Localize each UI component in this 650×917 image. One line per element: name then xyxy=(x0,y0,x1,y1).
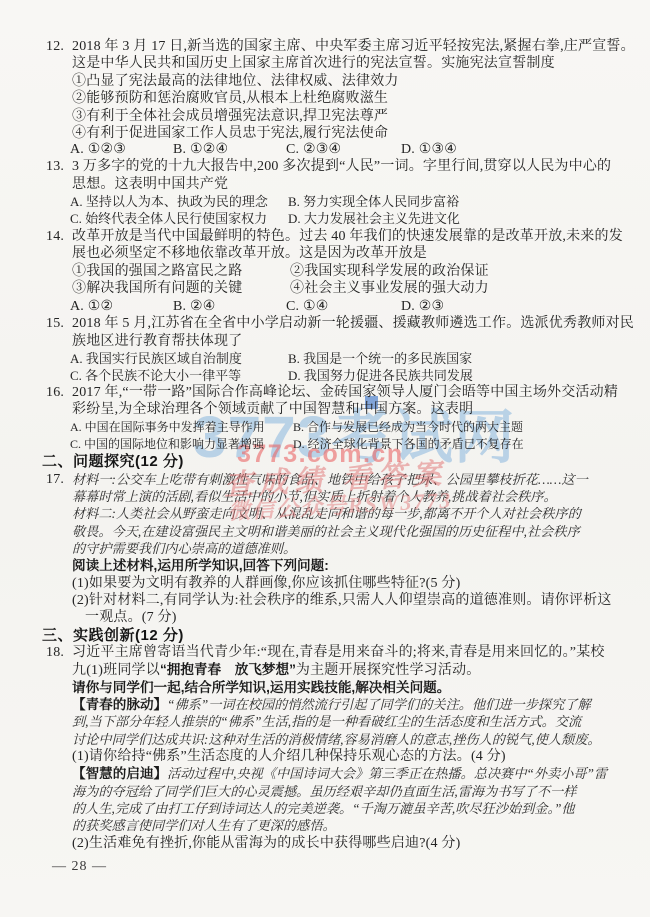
text-segment: 习近平主席曾寄语当代青少年:“现在,青春是用来奋斗的;将来,青春是用来回忆的。”… xyxy=(72,645,605,660)
question-18-line: 九(1)班同学以“拥抱青春 放飞梦想”为主题开展探究性学习活动。 xyxy=(72,661,480,679)
question-16-line: 彩纷呈,为全球治理各个领域贡献了中国智慧和中国方案。这表明 xyxy=(72,401,473,418)
text-segment: “佛系”一词在校园的悄然流行引起了同学们的关注。他们进一步探究了解 xyxy=(167,697,590,712)
text-segment: 这是中华人民共和国历史上国家主席首次进行的宪法宣誓。实施宪法宣誓制度 xyxy=(72,56,555,71)
question-14-line: 14.改革开放是当代中国最鲜明的特色。过去 40 年我们的快速发展靠的是改革开放… xyxy=(72,228,623,245)
question-17-sub2: (2)针对材料二,有同学认为:社会秩序的维系,只需人人仰望崇高的道德准则。请你评… xyxy=(72,592,612,609)
question-number: 12. xyxy=(46,38,64,55)
text-segment: A. 我国实行民族区域自治制度 xyxy=(70,351,242,366)
question-15-options: C. 各个民族不论大小一律平等D. 我国努力促进各民族共同发展 xyxy=(70,367,241,385)
text-segment: 为主题开展探究性学习活动。 xyxy=(296,663,481,678)
question-12-item: ①凸显了宪法最高的法律地位、法律权威、法律效力 xyxy=(72,73,399,90)
text-segment: 敬畏。今天,在建设富强民主文明和谐美丽的社会主义现代化强国的历史征程中,社会秩序 xyxy=(72,524,580,539)
question-17-material: 17.材料一:公交车上吃带有刺激性气味的食品、地铁中给孩子把尿、公园里攀枝折花…… xyxy=(72,471,588,489)
question-14-options: A. ①②B. ②④C. ①④D. ②③ xyxy=(70,298,113,315)
text-segment: 阅读上述材料,运用所学知识,回答下列问题: xyxy=(72,558,329,573)
text-segment: ②能够预防和惩治腐败官员,从根本上杜绝腐败滋生 xyxy=(72,91,388,106)
question-12-options: A. ①②③B. ①②④C. ②③④D. ①③④ xyxy=(70,141,126,158)
question-18-material: 的获奖感言使同学们对人生有了更深的感悟。 xyxy=(72,817,336,835)
text-segment: (1)请你给持“佛系”生活态度的人介绍几种保持乐观心态的方法。(4 分) xyxy=(72,749,506,764)
text-segment: ③解决我国所有问题的关键 xyxy=(72,281,242,296)
question-number: 13. xyxy=(46,158,64,175)
text-segment: C. 中国的国际地位和影响力显著增强 xyxy=(70,437,264,451)
text-segment: 活动过程中,央视《中国诗词大会》第三季正在热播。总决赛中“外卖小哥”雷 xyxy=(167,766,607,781)
text-segment: A. ①② xyxy=(70,299,113,314)
question-15-line: 族地区进行教育帮扶体现了 xyxy=(72,333,242,350)
question-15-line: 15.2018 年 5 月,江苏省在全省中小学启动新一轮援疆、援藏教师遴选工作。… xyxy=(72,315,634,332)
question-17-sub1: (1)如果要为文明有教养的人群画像,你应该抓住哪些特征?(5 分) xyxy=(72,575,460,592)
question-15-options: A. 我国实行民族区域自治制度B. 我国是一个统一的多民族国家 xyxy=(70,350,242,368)
question-14-line: 展也必须坚定不移地依靠改革开放。这是因为改革开放是 xyxy=(72,245,427,262)
question-18-sub2: (2)生活难免有挫折,你能从雷海为的成长中获得哪些启迪?(4 分) xyxy=(72,835,460,852)
question-number: 15. xyxy=(46,315,64,332)
question-12-line: 这是中华人民共和国历史上国家主席首次进行的宪法宣誓。实施宪法宣誓制度 xyxy=(72,55,555,72)
text-segment: 材料二:人类社会从野蛮走向文明、从混乱走向和谐的每一步,都离不开个人对社会秩序的 xyxy=(72,506,581,521)
text-segment: ④社会主义事业发展的强大动力 xyxy=(290,280,489,297)
question-16-line: 16.2017 年,“一带一路”国际合作高峰论坛、金砖国家领导人厦门会晤等中国主… xyxy=(72,384,618,401)
question-17-material: 的守护需要我们内心崇高的道德准则。 xyxy=(72,540,296,558)
question-18-material: 到,当下部分年轻人推崇的“佛系”生活,指的是一种看破红尘的生活态度和生活方式。交… xyxy=(72,713,581,731)
section-heading-3: 三、实践创新(12 分) xyxy=(42,627,184,645)
question-17-instruction: 阅读上述材料,运用所学知识,回答下列问题: xyxy=(72,557,329,575)
question-16-options: A. 中国在国际事务中发挥着主导作用B. 合作与发展已经成为当今时代的两大主题 xyxy=(70,419,265,436)
text-segment: 【青春的脉动】 xyxy=(72,697,167,712)
page-number: — 28 — xyxy=(52,859,107,875)
text-segment: 思想。这表明中国共产党 xyxy=(72,177,228,192)
text-segment: 的守护需要我们内心崇高的道德准则。 xyxy=(72,541,296,556)
text-segment: A. 中国在国际事务中发挥着主导作用 xyxy=(70,420,265,434)
question-13-options: A. 坚持以人为本、执政为民的理念B. 努力实现全体人民同步富裕 xyxy=(70,193,268,211)
exam-page-scan: { "page": { "width": 650, "height": 917,… xyxy=(0,0,650,917)
text-segment: 2018 年 3 月 17 日,新当选的国家主席、中央军委主席习近平轻按宪法,紧… xyxy=(72,39,635,54)
text-segment: C. 各个民族不论大小一律平等 xyxy=(70,368,241,383)
text-segment: 到,当下部分年轻人推崇的“佛系”生活,指的是一种看破红尘的生活态度和生活方式。交… xyxy=(72,714,581,729)
text-segment: 改革开放是当代中国最鲜明的特色。过去 40 年我们的快速发展靠的是改革开放,未来… xyxy=(72,229,623,244)
text-segment: 【智慧的启迪】 xyxy=(72,766,167,781)
text-segment: D. ①③④ xyxy=(401,141,457,158)
text-segment: 2017 年,“一带一路”国际合作高峰论坛、金砖国家领导人厦门会晤等中国主场外交… xyxy=(72,385,618,400)
question-13-line: 思想。这表明中国共产党 xyxy=(72,176,228,193)
text-segment: 3 万多字的党的十九大报告中,200 多次提到“人民”一词。字里行间,贯穿以人民… xyxy=(72,159,611,174)
question-17-material: 敬畏。今天,在建设富强民主文明和谐美丽的社会主义现代化强国的历史征程中,社会秩序 xyxy=(72,523,580,541)
text-segment: 幕幕时常上演的活剧,看似生活中的小节,但实质上折射着个人教养,挑战着社会秩序。 xyxy=(72,489,557,504)
text-segment: C. ①④ xyxy=(286,298,328,315)
text-segment: 二、问题探究(12 分) xyxy=(42,453,184,470)
text-segment: 九(1)班同学以 xyxy=(72,663,160,678)
text-segment: D. 我国努力促进各民族共同发展 xyxy=(288,367,473,384)
text-segment: 2018 年 5 月,江苏省在全省中小学启动新一轮援疆、援藏教师遴选工作。选派优… xyxy=(72,316,634,331)
question-17-material: 幕幕时常上演的活剧,看似生活中的小节,但实质上折射着个人教养,挑战着社会秩序。 xyxy=(72,488,557,506)
question-13-options: C. 始终代表全体人民行使国家权力D. 大力发展社会主义先进文化 xyxy=(70,210,267,228)
text-segment: B. 我国是一个统一的多民族国家 xyxy=(288,350,472,367)
text-segment: (1)如果要为文明有教养的人群画像,你应该抓住哪些特征?(5 分) xyxy=(72,576,460,591)
text-segment: “拥抱青春 放飞梦想” xyxy=(160,662,296,677)
text-segment: 海为的夺冠给了同学们巨大的心灵震撼。虽历经艰辛却仍直面生活,雷海为书写了不一样 xyxy=(72,784,576,799)
text-segment: D. 经济全球化背景下各国的矛盾已不复存在 xyxy=(293,436,524,453)
question-12-item: ②能够预防和惩治腐败官员,从根本上杜绝腐败滋生 xyxy=(72,90,388,107)
document-body: 12.2018 年 3 月 17 日,新当选的国家主席、中央军委主席习近平轻按宪… xyxy=(0,0,650,917)
text-segment: ②我国实现科学发展的政治保证 xyxy=(290,263,489,280)
text-segment: 三、实践创新(12 分) xyxy=(42,627,184,644)
text-segment: 讨论中同学们达成共识:这种对生活的消极情绪,容易消磨人的意志,挫伤人的锐气,使人… xyxy=(72,732,601,747)
question-number: 17. xyxy=(46,471,64,488)
text-segment: C. ②③④ xyxy=(286,141,341,158)
text-segment: (2)针对材料二,有同学认为:社会秩序的维系,只需人人仰望崇高的道德准则。请你评… xyxy=(72,593,612,608)
text-segment: 的获奖感言使同学们对人生有了更深的感悟。 xyxy=(72,818,336,833)
text-segment: 请你与同学们一起,结合所学知识,运用实践技能,解决相关问题。 xyxy=(72,680,450,695)
text-segment: A. 坚持以人为本、执政为民的理念 xyxy=(70,194,268,209)
question-18-material: 讨论中同学们达成共识:这种对生活的消极情绪,容易消磨人的意志,挫伤人的锐气,使人… xyxy=(72,731,601,749)
text-segment: B. 努力实现全体人民同步富裕 xyxy=(288,193,459,210)
question-17-material: 材料二:人类社会从野蛮走向文明、从混乱走向和谐的每一步,都离不开个人对社会秩序的 xyxy=(72,505,581,523)
text-segment: A. ①②③ xyxy=(70,142,126,157)
section-heading-2: 二、问题探究(12 分) xyxy=(42,453,184,471)
question-12-line: 12.2018 年 3 月 17 日,新当选的国家主席、中央军委主席习近平轻按宪… xyxy=(72,38,635,55)
question-18-instruction: 请你与同学们一起,结合所学知识,运用实践技能,解决相关问题。 xyxy=(72,679,450,697)
question-number: 14. xyxy=(46,228,64,245)
question-18-material: 海为的夺冠给了同学们巨大的心灵震撼。虽历经艰辛却仍直面生活,雷海为书写了不一样 xyxy=(72,783,576,801)
question-number: 16. xyxy=(46,384,64,401)
question-12-item: ④有利于促进国家工作人员忠于宪法,履行宪法使命 xyxy=(72,125,388,142)
question-18-line: 18.习近平主席曾寄语当代青少年:“现在,青春是用来奋斗的;将来,青春是用来回忆… xyxy=(72,644,605,661)
text-segment: B. 合作与发展已经成为当今时代的两大主题 xyxy=(293,419,523,436)
text-segment: 彩纷呈,为全球治理各个领域贡献了中国智慧和中国方案。这表明 xyxy=(72,402,473,417)
text-segment: 族地区进行教育帮扶体现了 xyxy=(72,334,242,349)
question-16-options: C. 中国的国际地位和影响力显著增强D. 经济全球化背景下各国的矛盾已不复存在 xyxy=(70,436,264,453)
question-14-item: ①我国的强国之路富民之路②我国实现科学发展的政治保证 xyxy=(72,263,242,280)
text-segment: D. ②③ xyxy=(401,298,444,315)
question-12-item: ③有利于全体社会成员增强宪法意识,捍卫宪法尊严 xyxy=(72,108,388,125)
text-segment: 一观点。(7 分) xyxy=(85,610,177,625)
question-number: 18. xyxy=(46,644,64,661)
text-segment: ③有利于全体社会成员增强宪法意识,捍卫宪法尊严 xyxy=(72,109,388,124)
text-segment: (2)生活难免有挫折,你能从雷海为的成长中获得哪些启迪?(4 分) xyxy=(72,836,460,851)
text-segment: 的人生,完成了由打工仔到诗词达人的完美逆袭。“千淘万漉虽辛苦,吹尽狂沙始到金。”… xyxy=(72,801,575,816)
text-segment: ④有利于促进国家工作人员忠于宪法,履行宪法使命 xyxy=(72,126,388,141)
question-18-sub1: (1)请你给持“佛系”生活态度的人介绍几种保持乐观心态的方法。(4 分) xyxy=(72,748,506,765)
question-17-sub2: 一观点。(7 分) xyxy=(85,609,177,626)
text-segment: ①凸显了宪法最高的法律地位、法律权威、法律效力 xyxy=(72,74,399,89)
question-14-item: ③解决我国所有问题的关键④社会主义事业发展的强大动力 xyxy=(72,280,242,297)
text-segment: C. 始终代表全体人民行使国家权力 xyxy=(70,211,267,226)
text-segment: 材料一:公交车上吃带有刺激性气味的食品、地铁中给孩子把尿、公园里攀枝折花……这一 xyxy=(72,472,588,487)
text-segment: 展也必须坚定不移地依靠改革开放。这是因为改革开放是 xyxy=(72,246,427,261)
question-13-line: 13.3 万多字的党的十九大报告中,200 多次提到“人民”一词。字里行间,贯穿… xyxy=(72,158,611,175)
text-segment: ①我国的强国之路富民之路 xyxy=(72,264,242,279)
question-18-material: 【青春的脉动】“佛系”一词在校园的悄然流行引起了同学们的关注。他们进一步探究了解 xyxy=(72,696,591,714)
text-segment: D. 大力发展社会主义先进文化 xyxy=(288,210,460,227)
question-18-material: 的人生,完成了由打工仔到诗词达人的完美逆袭。“千淘万漉虽辛苦,吹尽狂沙始到金。”… xyxy=(72,800,575,818)
text-segment: B. ①②④ xyxy=(173,141,228,158)
text-segment: B. ②④ xyxy=(173,298,215,315)
question-18-material: 【智慧的启迪】活动过程中,央视《中国诗词大会》第三季正在热播。总决赛中“外卖小哥… xyxy=(72,765,607,783)
